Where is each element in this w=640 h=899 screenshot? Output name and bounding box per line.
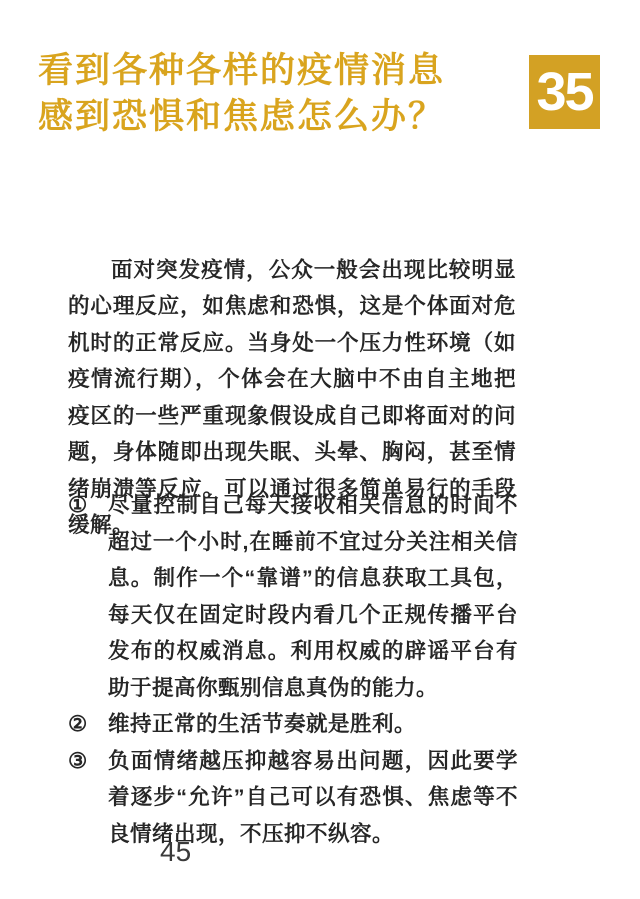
question-number: 35 bbox=[536, 65, 592, 119]
page-title-line1: 看到各种各样的疫情消息 bbox=[38, 48, 508, 94]
list-item-text: 尽量控制自己每天接收相关信息的时间不超过一个小时,在睡前不宜过分关注相关信息。制… bbox=[108, 487, 518, 706]
list-item: ② 维持正常的生活节奏就是胜利。 bbox=[68, 706, 518, 743]
advice-list: ① 尽量控制自己每天接收相关信息的时间不超过一个小时,在睡前不宜过分关注相关信息… bbox=[68, 487, 518, 852]
page: 看到各种各样的疫情消息 感到恐惧和焦虑怎么办？ 35 面对突发疫情，公众一般会出… bbox=[0, 0, 640, 899]
list-item: ① 尽量控制自己每天接收相关信息的时间不超过一个小时,在睡前不宜过分关注相关信息… bbox=[68, 487, 518, 706]
page-title: 看到各种各样的疫情消息 感到恐惧和焦虑怎么办？ bbox=[38, 48, 508, 140]
list-item: ③ 负面情绪越压抑越容易出问题，因此要学着逐步“允许”自己可以有恐惧、焦虑等不良… bbox=[68, 743, 518, 853]
page-title-line2: 感到恐惧和焦虑怎么办？ bbox=[38, 94, 508, 140]
list-item-marker: ③ bbox=[68, 743, 108, 780]
question-number-badge: 35 bbox=[529, 55, 600, 129]
list-item-marker: ② bbox=[68, 706, 108, 743]
page-number: 45 bbox=[160, 836, 191, 868]
list-item-text: 维持正常的生活节奏就是胜利。 bbox=[108, 706, 518, 743]
list-item-marker: ① bbox=[68, 487, 108, 524]
